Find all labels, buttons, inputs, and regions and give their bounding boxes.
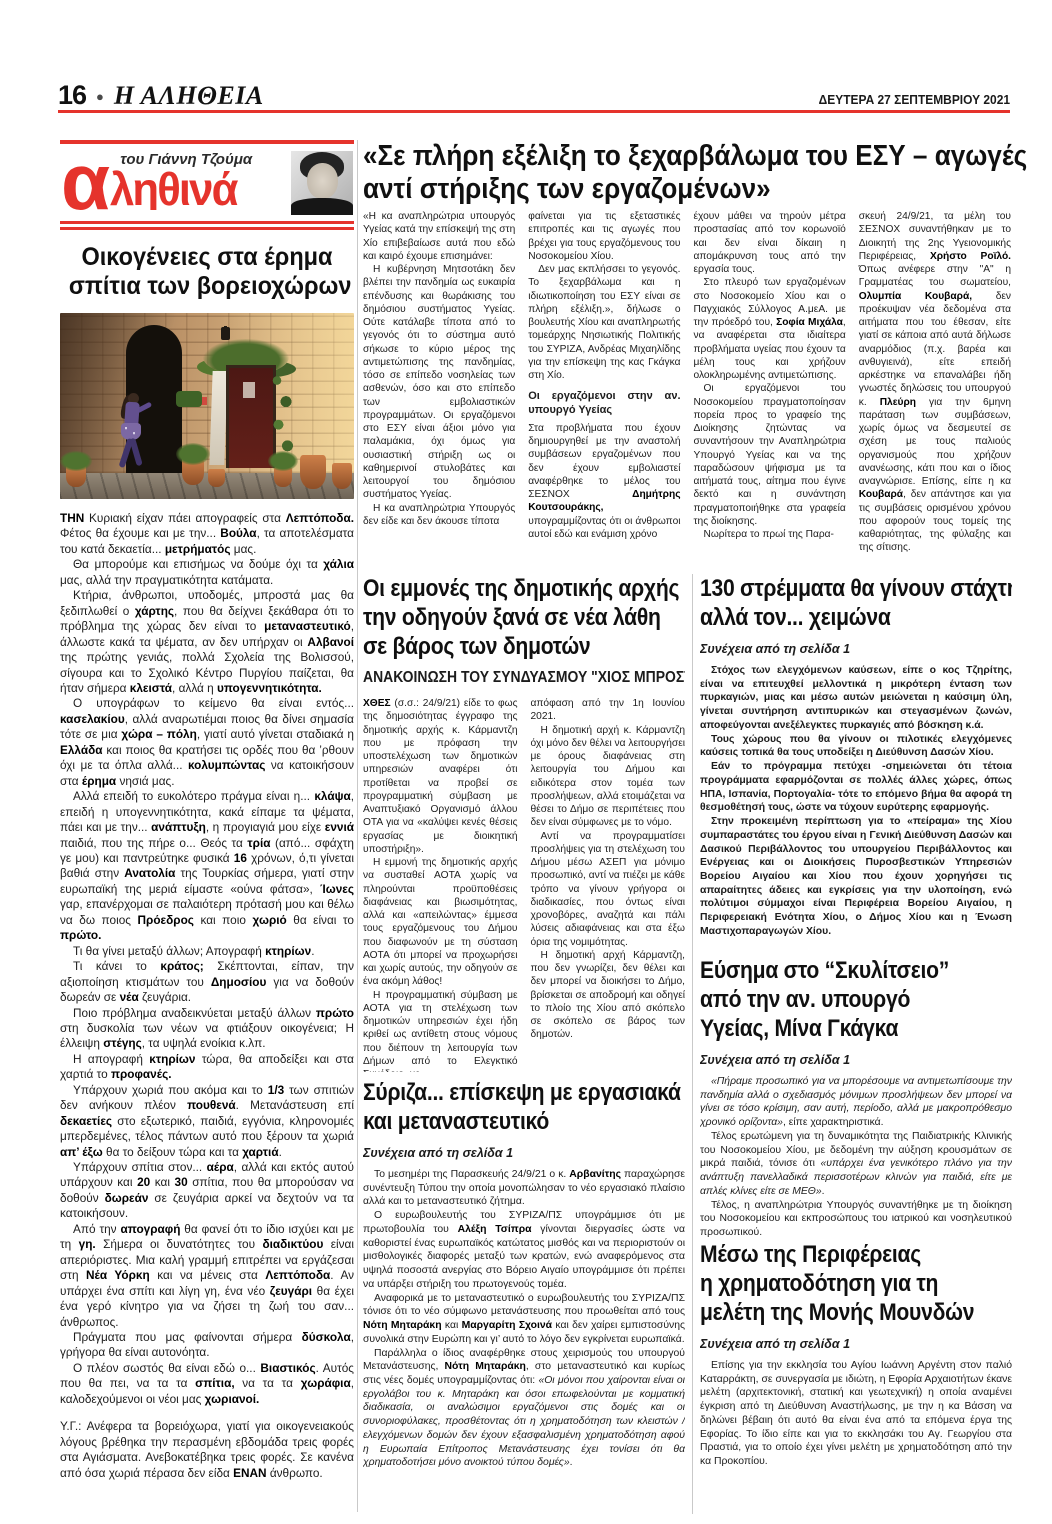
- paragraph: Η κα αναπληρώτρια Υπουργός δεν είδε και …: [363, 502, 515, 529]
- paragraph: Στόχος των ελεγχόμενων καύσεων, είπε ο κ…: [700, 664, 1012, 733]
- paragraph: Επίσης για την εκκλησία του Αγίου Ιωάννη…: [700, 1359, 1012, 1469]
- column-divider: [692, 574, 693, 1514]
- paragraph: Τι θα γίνει μεταξύ άλλων; Απογραφή κτηρί…: [60, 944, 354, 959]
- paragraph: Η κυβέρνηση Μητσοτάκη δεν βλέπει την παν…: [363, 263, 515, 502]
- eusima-article-body: «Πήραμε προσωπικό για να μπορέσουμε να α…: [700, 1075, 1012, 1238]
- paragraph: Τι κάνει το κράτος; Σκέπτονται, είπαν, τ…: [60, 959, 354, 1005]
- headline-line: αλλά τον... χειμώνα: [700, 603, 975, 632]
- paragraph: Κτήρια, άνθρωποι, υποδομές, μπροστά μας …: [60, 588, 354, 696]
- paragraph: «Πήραμε προσωπικό για να μπορέσουμε να α…: [700, 1075, 1012, 1130]
- opinion-body: ΤΗΝ Κυριακή είχαν πάει απογραφείς στα Λε…: [60, 511, 354, 1501]
- emmones-article: Οι εμμονές της δημοτικής αρχής την οδηγο…: [363, 574, 685, 1072]
- paragraph: απόφαση από την 1η Ιουνίου 2021.: [531, 697, 686, 724]
- paragraph: Η δημοτική αρχή κ. Κάρμαντζη όχι μόνο δε…: [531, 724, 686, 830]
- girl-skirt: [121, 423, 141, 440]
- article-subhead: Οι εργαζόμενοι στην αν. υπουργό Υγείας: [528, 390, 680, 418]
- paragraph: Αναφορικά με το μεταναστευτικό ο ευρωβου…: [363, 1292, 685, 1347]
- moni-article-body: Επίσης για την εκκλησία του Αγίου Ιωάννη…: [700, 1359, 1012, 1469]
- paragraph: Ποιο πρόβλημα αναδεικνύεται μεταξύ άλλων…: [60, 1006, 354, 1052]
- continued-from-label: Συνέχεια από τη σελίδα 1: [363, 1146, 685, 1160]
- headline-line: 130 στρέμματα θα γίνουν στάχτη: [700, 574, 975, 603]
- article-body-column: ΧΘΕΣ (σ.σ.: 24/9/21) είδε το φως της δημ…: [363, 697, 518, 1072]
- paragraph: Υπάρχουν σπίτια στον... αέρα, αλλά και ε…: [60, 1160, 354, 1222]
- paragraph: Οι εργαζόμενοι του Νοσοκομείου πραγματοπ…: [694, 382, 846, 528]
- paragraph: Ο υπογράφων το κείμενο θα είναι εντός...…: [60, 696, 354, 789]
- paragraph: Η δημοτική αρχή Κάρμαντζη, που δεν γνωρί…: [531, 949, 686, 1042]
- headline-line: Οι εμμονές της δημοτικής αρχής: [363, 574, 646, 603]
- paragraph: Θα μπορούμε και επισήμως να δούμε όχι τα…: [60, 557, 354, 588]
- paragraph: έχουν μάθει να τηρούν μέτρα προστασίας α…: [694, 210, 846, 276]
- paragraph: Τέλος, η αναπληρώτρια Υπουργός συναντήθη…: [700, 1199, 1012, 1238]
- article-kicker: ΑΝΑΚΟΙΝΩΣΗ ΤΟΥ ΣΥΝΔΥΑΣΜΟΥ "ΧΙΟΣ ΜΠΡΟΣΤΑ": [363, 669, 653, 687]
- column-divider: [357, 140, 358, 1512]
- paragraph: Στην προκειμένη περίπτωση για το «πείραμ…: [700, 815, 1012, 939]
- article-body-column: φαίνεται για τις εξεταστικές επιτροπές κ…: [528, 210, 680, 568]
- headline-line: Σύριζα... επίσκεψη με εργασιακά: [363, 1078, 646, 1107]
- article-body-column: έχουν μάθει να τηρούν μέτρα προστασίας α…: [694, 210, 846, 568]
- opinion-column: α του Γιάννη Τζούμα ληθινά Οικογένειες σ…: [60, 140, 354, 1501]
- page-number: 16: [58, 80, 86, 111]
- newspaper-masthead: Η ΑΛΗΘΕΙΑ: [114, 81, 264, 111]
- headline-line: την οδηγούν ξανά σε νέα λάθη: [363, 603, 646, 632]
- column-bottom-text: Στα προβλήματα που έχουν δημιουργηθεί με…: [528, 422, 680, 541]
- paragraph: Αλλά επειδή το ευκολότερο πράγμα είναι η…: [60, 789, 354, 944]
- headline-line: «Σε πλήρη εξέλιξη το ξεχαρβάλωμα του ΕΣΥ…: [363, 140, 948, 173]
- paragraph: φαίνεται για τις εξεταστικές επιτροπές κ…: [528, 210, 680, 263]
- emmones-article-body: ΧΘΕΣ (σ.σ.: 24/9/21) είδε το φως της δημ…: [363, 697, 685, 1072]
- stremmata-article: 130 στρέμματα θα γίνουν στάχτη αλλά τον.…: [700, 574, 1012, 956]
- photo-pot: [208, 469, 225, 487]
- paragraph: Στο πλευρό των εργαζομένων στο Νοσοκομεί…: [694, 276, 846, 382]
- opinion-logo: α του Γιάννη Τζούμα ληθινά: [60, 140, 354, 221]
- paragraph: Τους χώρους που θα γίνουν οι πιλοτικές ε…: [700, 733, 1012, 760]
- headline-line: η χρηματοδότηση για τη: [700, 1269, 975, 1298]
- paragraph: Υπάρχουν χωριά που ακόμα και το 1/3 των …: [60, 1083, 354, 1160]
- paragraph: σκευή 24/9/21, τα μέλη του ΣΕΣΝΟΧ συναντ…: [859, 210, 1011, 555]
- paragraph: Από την απογραφή θα φανεί ότι το ίδιο ισ…: [60, 1222, 354, 1330]
- syriza-article: Σύριζα... επίσκεψη με εργασιακά και μετα…: [363, 1078, 685, 1520]
- headline-line: και μεταναστευτικό: [363, 1107, 646, 1136]
- paragraph: Δεν μας εκπλήσσει το γεγονός. Το ξεχαρβά…: [528, 263, 680, 382]
- girl-leg: [129, 438, 142, 467]
- photo-pot-plant: [268, 451, 298, 471]
- esy-article-body: «Η κα αναπληρώτρια υπουργός Υγείας κατά …: [363, 210, 1011, 568]
- photo-pot: [332, 463, 352, 489]
- paragraph: Εάν το πρόγραμμα πετύχει -σημειώνεται ότ…: [700, 760, 1012, 815]
- paragraph: Η απογραφή κτηρίων τώρα, θα αποδείξει κα…: [60, 1052, 354, 1083]
- continued-from-label: Συνέχεια από τη σελίδα 1: [700, 1053, 1012, 1067]
- paragraph: Ο ευρωβουλευτής του ΣΥΡΙΖΑ/ΠΣ υπογράμμισ…: [363, 1209, 685, 1291]
- paragraph: Η προγραμματική σύμβαση με ΑΟΤΑ για τη σ…: [363, 989, 518, 1073]
- headline-line: σπίτια των βορειοχώρων: [69, 272, 345, 301]
- paragraph: Αντί να προγραμματίσει προσλήψεις για τη…: [531, 830, 686, 949]
- photo-door-window: [243, 382, 255, 398]
- paragraph: Παράλληλα ο ίδιος αναφέρθηκε στους χειρι…: [363, 1347, 685, 1471]
- continued-from-label: Συνέχεια από τη σελίδα 1: [700, 1337, 1012, 1351]
- headline-line: από την αν. υπουργό: [700, 985, 975, 1014]
- photo-pot: [300, 455, 326, 489]
- moni-article: Μέσω της Περιφέρειας η χρηματοδότηση για…: [700, 1240, 1012, 1518]
- article-body-column: σκευή 24/9/21, τα μέλη του ΣΕΣΝΟΧ συναντ…: [859, 210, 1011, 568]
- photo-girl-figure: [116, 393, 152, 481]
- author-photo: [291, 151, 353, 215]
- paragraph: Τέλος ερωτώμενη για τη δυναμικότητα της …: [700, 1130, 1012, 1199]
- bullet-icon: ●: [96, 89, 104, 104]
- paragraph: ΤΗΝ Κυριακή είχαν πάει απογραφείς στα Λε…: [60, 511, 354, 557]
- headline-line: Οικογένειες στα έρημα: [69, 243, 345, 272]
- photo-lantern: [221, 327, 230, 340]
- logo-alpha-letter: α: [61, 151, 107, 213]
- paragraph: Νωρίτερα το πρωί της Παρα-: [694, 528, 846, 541]
- continued-from-label: Συνέχεια από τη σελίδα 1: [700, 642, 1012, 656]
- headline-line: Εύσημα στο “Σκυλίτσειο”: [700, 956, 975, 985]
- photo-pot-plant: [60, 451, 92, 471]
- stremmata-article-body: Στόχος των ελεγχόμενων καύσεων, είπε ο κ…: [700, 664, 1012, 939]
- paragraph: Υ.Γ.: Ανέφερα τα βορειόχωρα, γιατί για ο…: [60, 1419, 354, 1481]
- eusima-article: Εύσημα στο “Σκυλίτσειο” από την αν. υπου…: [700, 956, 1012, 1238]
- article-body-column: «Η κα αναπληρώτρια υπουργός Υγείας κατά …: [363, 210, 515, 568]
- paragraph: Στα προβλήματα που έχουν δημιουργηθεί με…: [528, 422, 680, 541]
- logo-wordmark: του Γιάννη Τζούμα ληθινά: [107, 151, 291, 210]
- paragraph: Ο πλέον σωστός θα είναι εδώ ο... Βιαστικ…: [60, 1361, 354, 1407]
- esy-article-headline: «Σε πλήρη εξέλιξη το ξεχαρβάλωμα του ΕΣΥ…: [363, 140, 1013, 206]
- logo-red-rule: [60, 227, 354, 230]
- paragraph: «Η κα αναπληρώτρια υπουργός Υγείας κατά …: [363, 210, 515, 263]
- column-top-text: φαίνεται για τις εξεταστικές επιτροπές κ…: [528, 210, 680, 382]
- paragraph: ΧΘΕΣ (σ.σ.: 24/9/21) είδε το φως της δημ…: [363, 697, 518, 856]
- article-body-column: απόφαση από την 1η Ιουνίου 2021.Η δημοτι…: [531, 697, 686, 1072]
- newspaper-page: 16 ● Η ΑΛΗΘΕΙΑ ΔΕΥΤΕΡΑ 27 ΣΕΠΤΕΜΒΡΙΟΥ 20…: [0, 0, 1052, 1524]
- headline-line: αντί στήριξης των εργαζομένων»: [363, 173, 948, 206]
- page-header: 16 ● Η ΑΛΗΘΕΙΑ ΔΕΥΤΕΡΑ 27 ΣΕΠΤΕΜΒΡΙΟΥ 20…: [58, 80, 1010, 111]
- photo-flowerbox: [176, 391, 202, 407]
- paragraph: Η εμμονή της δημοτικής αρχής να συσταθεί…: [363, 856, 518, 989]
- paragraph: Πράγματα που μας φαίνονται σήμερα δύσκολ…: [60, 1330, 354, 1361]
- paragraph: Το μεσημέρι της Παρασκευής 24/9/21 ο κ. …: [363, 1168, 685, 1209]
- header-red-rule: [58, 110, 1010, 113]
- photo-pot-plant: [176, 443, 210, 465]
- headline-line: Μέσω της Περιφέρειας: [700, 1240, 975, 1269]
- opinion-headline: Οικογένειες στα έρημα σπίτια των βορειοχ…: [60, 243, 354, 301]
- headline-line: Υγείας, Μίνα Γκάγκα: [700, 1014, 975, 1043]
- author-photo-shirt: [291, 198, 353, 215]
- logo-wordmark-rest: ληθινά: [110, 168, 282, 210]
- photo-curtain: [209, 371, 227, 465]
- headline-line: μελέτη της Μονής Μουνδών: [700, 1298, 975, 1327]
- headline-line: σε βάρος των δημοτών: [363, 632, 646, 661]
- village-house-photo: [60, 313, 354, 499]
- page-date: ΔΕΥΤΕΡΑ 27 ΣΕΠΤΕΜΒΡΙΟΥ 2021: [819, 92, 1010, 107]
- syriza-article-body: Το μεσημέρι της Παρασκευής 24/9/21 ο κ. …: [363, 1168, 685, 1470]
- author-photo-face: [307, 163, 338, 199]
